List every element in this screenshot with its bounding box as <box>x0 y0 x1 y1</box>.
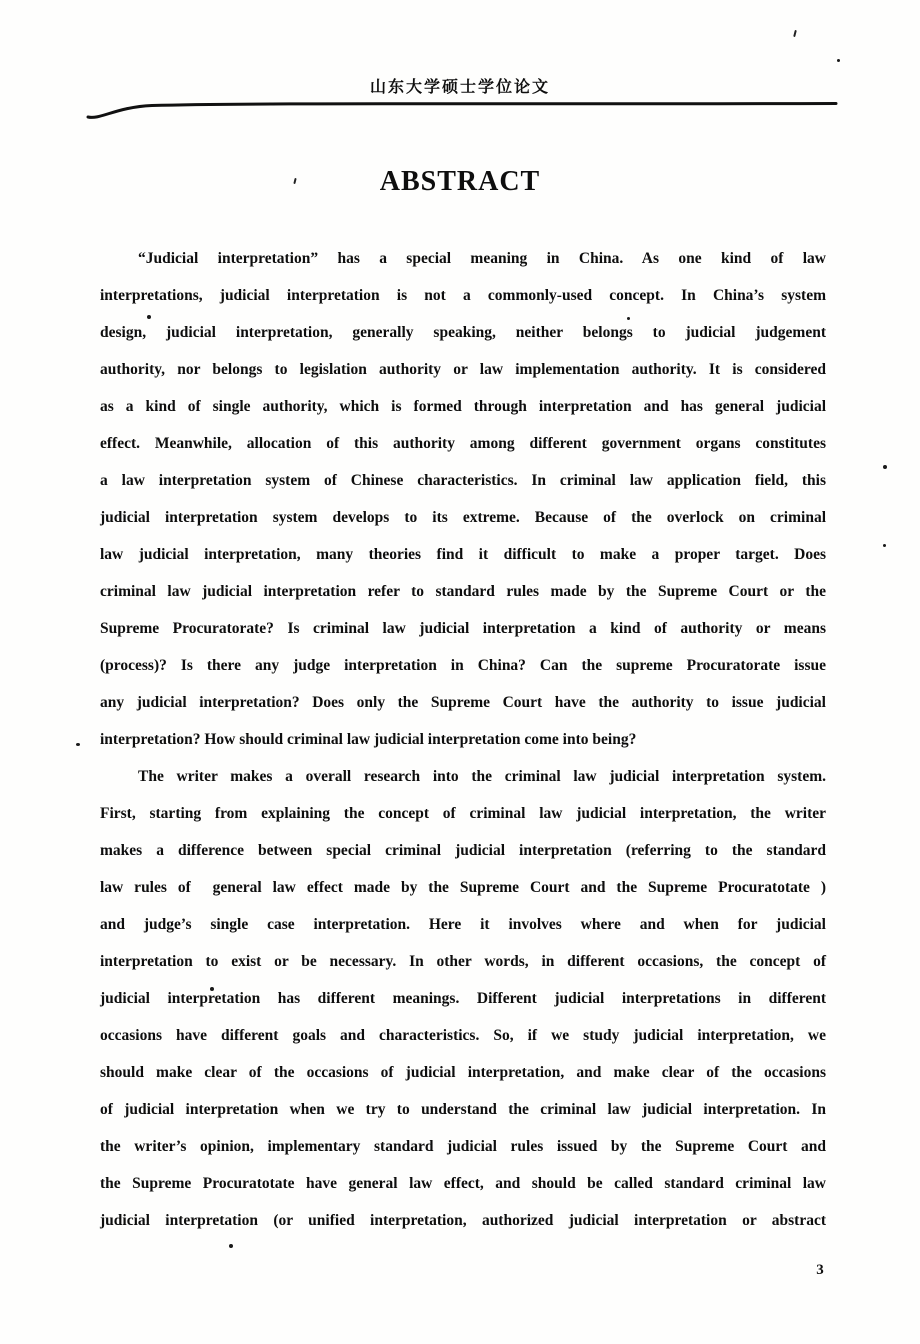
text-line: a law interpretation system of Chinese c… <box>100 462 826 499</box>
scan-speck <box>210 987 214 991</box>
scan-speck <box>883 544 886 547</box>
text-line: judicial interpretation system develops … <box>100 499 826 536</box>
text-line: Supreme Procuratorate? Is criminal law j… <box>100 610 826 647</box>
header-rule-line <box>82 96 842 124</box>
text-line: (process)? Is there any judge interpreta… <box>100 647 826 684</box>
text-line: interpretation to exist or be necessary.… <box>100 943 826 980</box>
text-line: of judicial interpretation when we try t… <box>100 1091 826 1128</box>
text-line: criminal law judicial interpretation ref… <box>100 573 826 610</box>
text-line: authority, nor belongs to legislation au… <box>100 351 826 388</box>
page-number: 3 <box>770 1262 870 1279</box>
text-line: and judge’s single case interpretation. … <box>100 906 826 943</box>
scan-speck <box>627 317 630 320</box>
text-line: the Supreme Procuratotate have general l… <box>100 1165 826 1202</box>
text-line: effect. Meanwhile, allocation of this au… <box>100 425 826 462</box>
page-title: ABSTRACT <box>0 166 920 198</box>
abstract-body: “Judicial interpretation” has a special … <box>100 240 826 1239</box>
text-line: any judicial interpretation? Does only t… <box>100 684 826 721</box>
text-line: “Judicial interpretation” has a special … <box>100 240 826 277</box>
running-header: 山东大学硕士学位论文 <box>0 74 920 97</box>
text-line: judicial interpretation has different me… <box>100 980 826 1017</box>
text-line: interpretations, judicial interpretation… <box>100 277 826 314</box>
scan-speck <box>837 59 840 62</box>
text-line: judicial interpretation (or unified inte… <box>100 1202 826 1239</box>
text-line: law judicial interpretation, many theori… <box>100 536 826 573</box>
text-line: design, judicial interpretation, general… <box>100 314 826 351</box>
text-line: law rules of general law effect made by … <box>100 869 826 906</box>
scan-speck <box>76 743 80 746</box>
text-line: the writer’s opinion, implementary stand… <box>100 1128 826 1165</box>
text-line: as a kind of single authority, which is … <box>100 388 826 425</box>
thesis-scan-page: 山东大学硕士学位论文 ABSTRACT “Judicial interpreta… <box>0 0 920 1344</box>
text-line: should make clear of the occasions of ju… <box>100 1054 826 1091</box>
text-line: makes a difference between special crimi… <box>100 832 826 869</box>
scan-speck <box>147 315 151 319</box>
scan-speck <box>793 30 797 37</box>
text-line: First, starting from explaining the conc… <box>100 795 826 832</box>
text-line: The writer makes a overall research into… <box>100 758 826 795</box>
scan-speck <box>883 465 887 469</box>
scan-speck <box>229 1244 233 1248</box>
text-line: interpretation? How should criminal law … <box>100 721 826 758</box>
text-line: occasions have different goals and chara… <box>100 1017 826 1054</box>
